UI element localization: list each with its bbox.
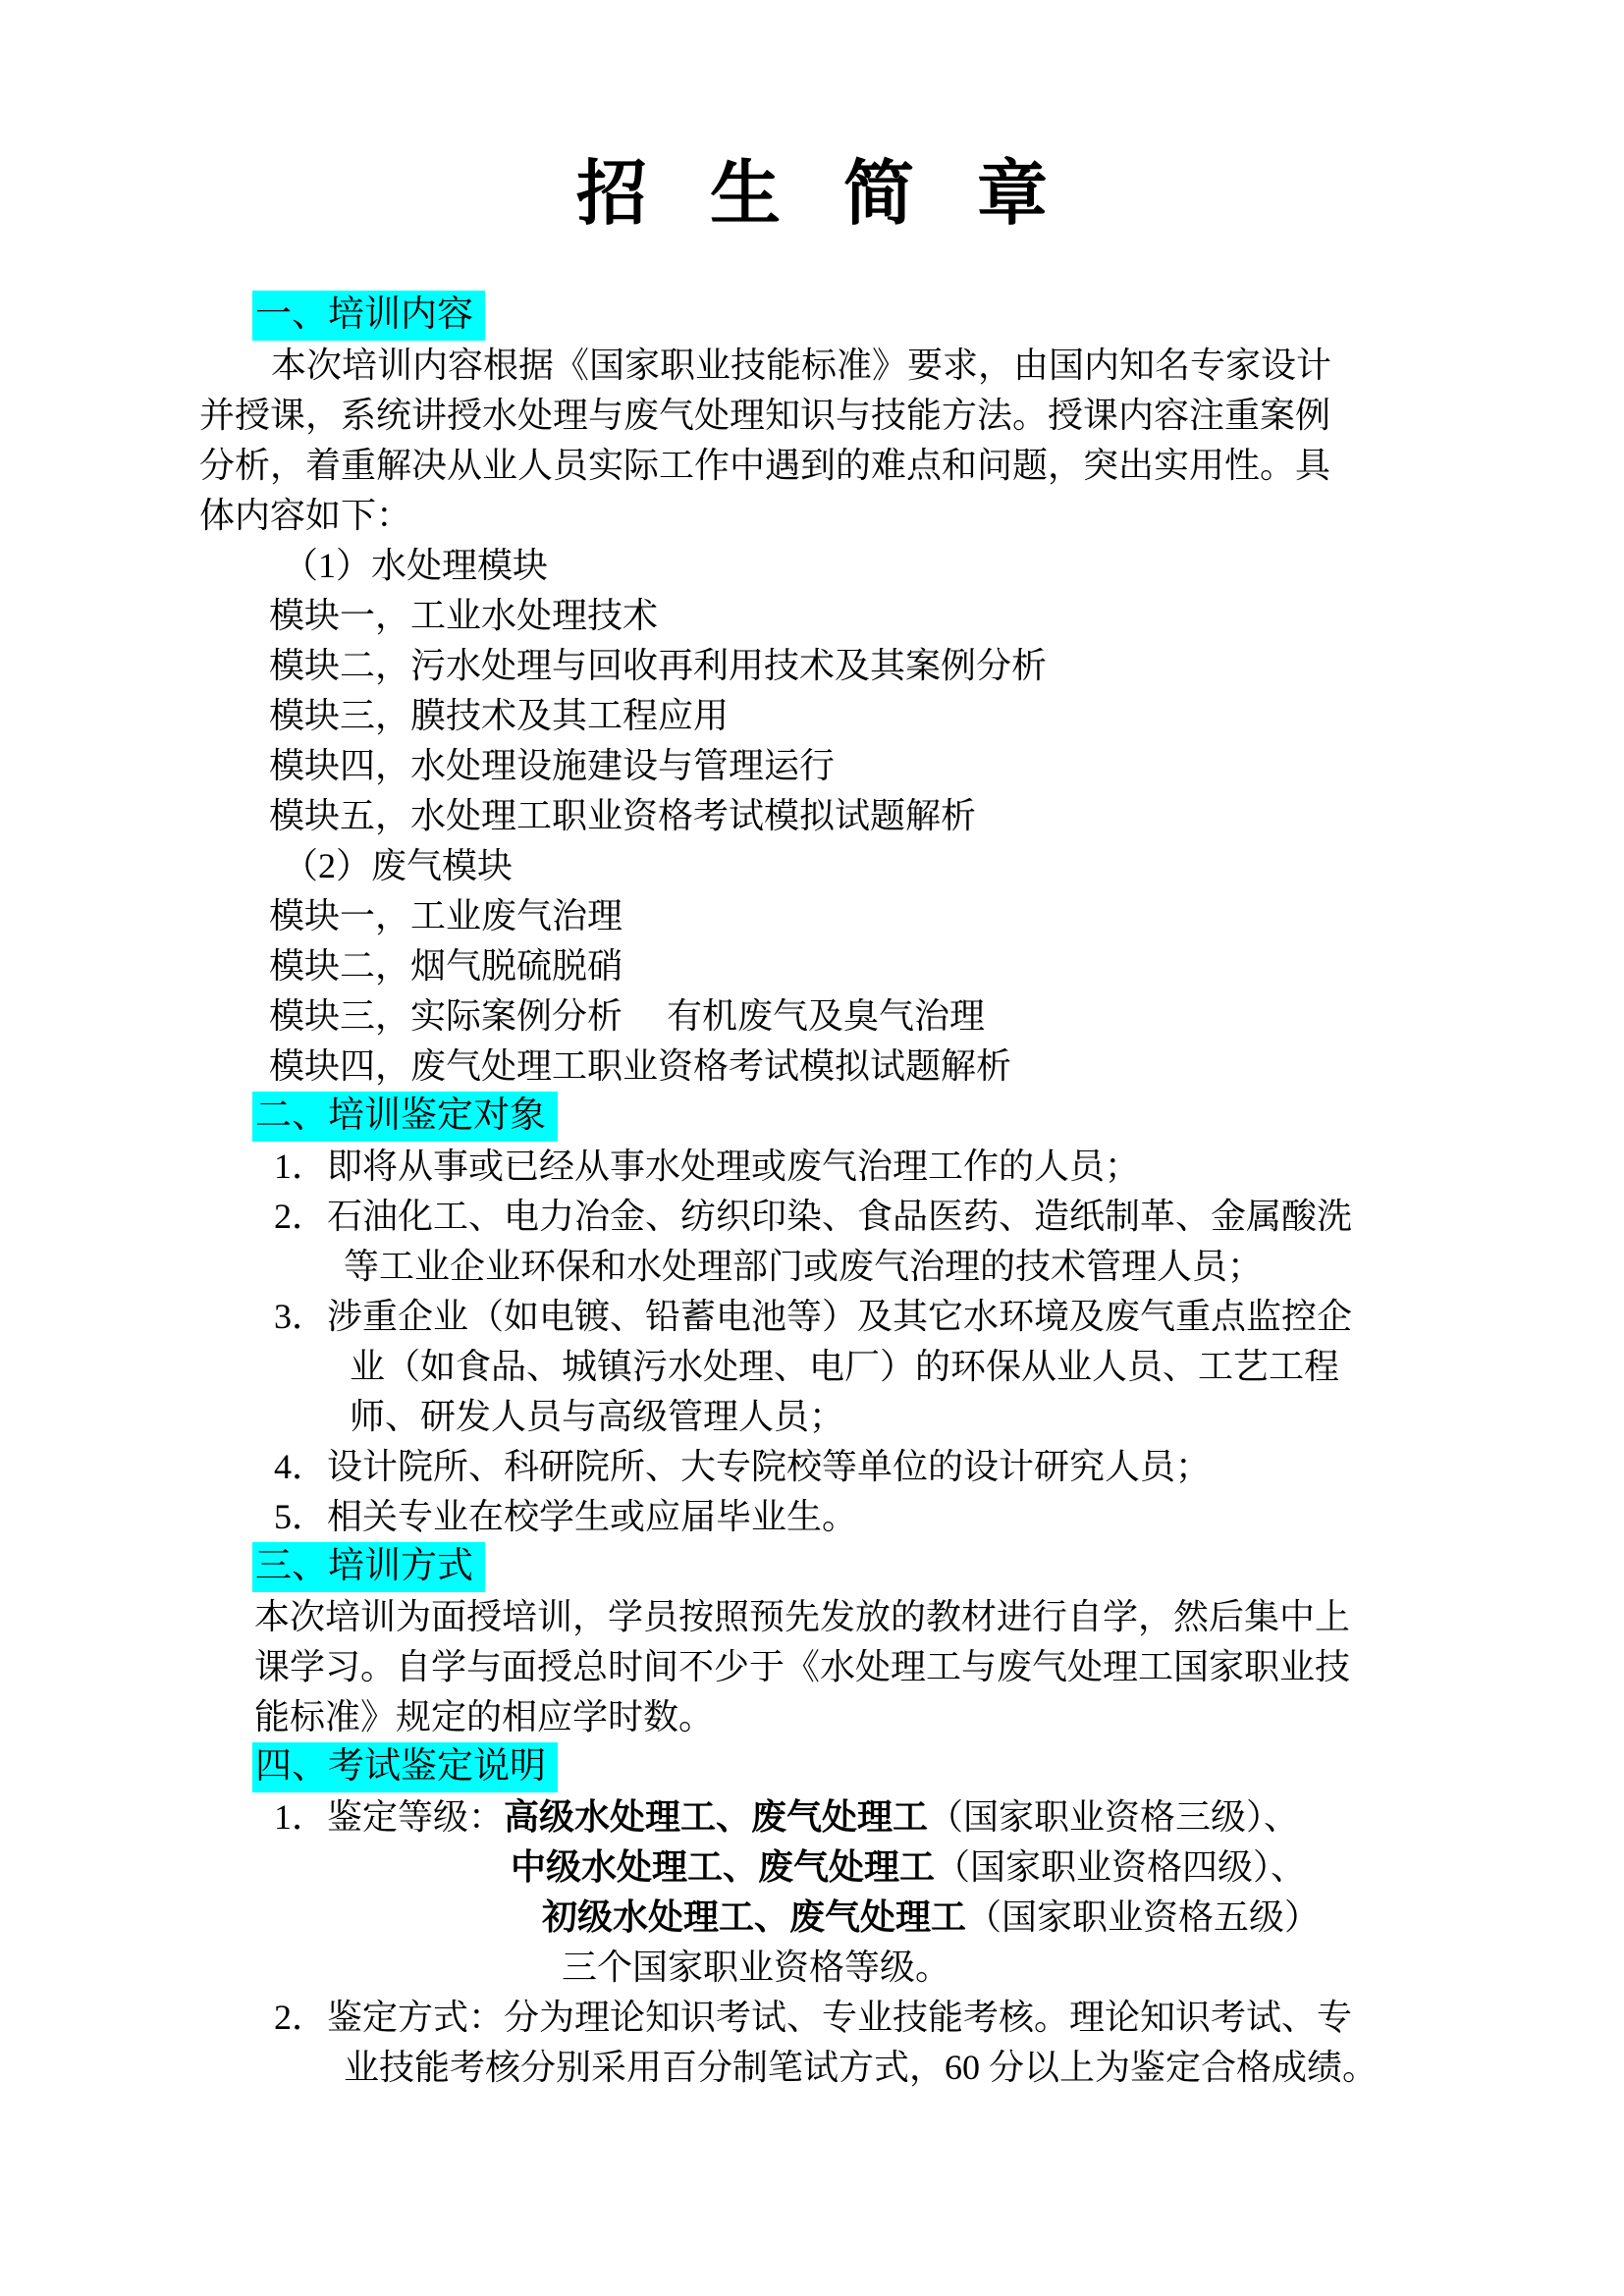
list-line: 4．设计院所、科研院所、大专院校等单位的设计研究人员； (274, 1442, 1624, 1492)
grade-level-bold: 高级水处理工、废气处理工 (504, 1797, 928, 1837)
list-line: （1）水处理模块 (283, 541, 1624, 591)
text-line: 本次培训为面授培训，学员按照预先发放的教材进行自学，然后集中上 (254, 1592, 1624, 1642)
list-line: 三个国家职业资格等级。 (562, 1943, 1624, 1993)
list-line: 模块一，工业水处理技术 (269, 591, 1624, 641)
grade-level-bold: 中级水处理工、废气处理工 (511, 1847, 935, 1887)
text-line: 能标准》规定的相应学时数。 (254, 1692, 1624, 1742)
section-4-heading-row: 四、考试鉴定说明 (252, 1742, 1624, 1792)
text-line: 并授课，系统讲授水处理与废气处理知识与技能方法。授课内容注重案例 (199, 391, 1624, 441)
grade-item-prefix: 1．鉴定等级： (274, 1797, 504, 1837)
list-line: 5．相关专业在校学生或应届毕业生。 (274, 1492, 1624, 1542)
document-page: 招生简章 一、培训内容 本次培训内容根据《国家职业技能标准》要求，由国内知名专家… (0, 0, 1624, 2296)
list-line: 中级水处理工、废气处理工（国家职业资格四级）、 (511, 1842, 1624, 1893)
section-3-heading-row: 三、培训方式 (252, 1542, 1624, 1592)
page-title: 招生简章 (0, 155, 1624, 234)
section-4-heading: 四、考试鉴定说明 (252, 1742, 558, 1792)
list-line: 2．石油化工、电力冶金、纺织印染、食品医药、造纸制革、金属酸洗 (274, 1192, 1624, 1242)
list-line: 业（如食品、城镇污水处理、电厂）的环保从业人员、工艺工程 (350, 1342, 1624, 1392)
text-line: 课学习。自学与面授总时间不少于《水处理工与废气处理工国家职业技 (254, 1642, 1624, 1692)
text-line: 分析，着重解决从业人员实际工作中遇到的难点和问题，突出实用性。具 (199, 441, 1624, 491)
list-line: 师、研发人员与高级管理人员； (350, 1392, 1624, 1442)
list-line: 模块三，膜技术及其工程应用 (269, 691, 1624, 741)
grade-level-normal: （国家职业资格五级） (966, 1897, 1320, 1937)
grade-level-bold: 初级水处理工、废气处理工 (542, 1897, 966, 1937)
grade-level-normal: （国家职业资格三级）、 (928, 1797, 1299, 1837)
list-line: 1．鉴定等级：高级水处理工、废气处理工（国家职业资格三级）、 (274, 1792, 1624, 1842)
list-line: 模块二，污水处理与回收再利用技术及其案例分析 (269, 641, 1624, 691)
list-line: 模块四，水处理设施建设与管理运行 (269, 741, 1624, 791)
list-line: （2）废气模块 (283, 841, 1624, 891)
list-line: 模块四，废气处理工职业资格考试模拟试题解析 (269, 1041, 1624, 1092)
section-1-heading: 一、培训内容 (252, 291, 485, 341)
list-line: 模块五，水处理工职业资格考试模拟试题解析 (269, 791, 1624, 841)
list-line: 模块三，实际案例分析 有机废气及臭气治理 (269, 991, 1624, 1041)
list-line: 1．即将从事或已经从事水处理或废气治理工作的人员； (274, 1142, 1624, 1192)
list-line: 模块二，烟气脱硫脱硝 (269, 941, 1624, 991)
list-line: 等工业企业环保和水处理部门或废气治理的技术管理人员； (344, 1242, 1624, 1292)
text-line: 体内容如下： (199, 491, 1624, 541)
list-line: 2．鉴定方式：分为理论知识考试、专业技能考核。理论知识考试、专 (274, 1993, 1624, 2043)
section-2-heading: 二、培训鉴定对象 (252, 1092, 558, 1142)
text-line: 本次培训内容根据《国家职业技能标准》要求，由国内知名专家设计 (271, 341, 1624, 391)
grade-level-normal: （国家职业资格四级）、 (935, 1847, 1306, 1887)
section-3-heading: 三、培训方式 (252, 1542, 485, 1592)
list-line: 初级水处理工、废气处理工（国家职业资格五级） (542, 1893, 1624, 1943)
list-line: 模块一，工业废气治理 (269, 891, 1624, 941)
list-line: 3．涉重企业（如电镀、铅蓄电池等）及其它水环境及废气重点监控企 (274, 1292, 1624, 1342)
list-line: 业技能考核分别采用百分制笔试方式，60 分以上为鉴定合格成绩。 (344, 2043, 1624, 2093)
section-2-heading-row: 二、培训鉴定对象 (252, 1092, 1624, 1142)
section-1-heading-row: 一、培训内容 (252, 291, 1624, 341)
